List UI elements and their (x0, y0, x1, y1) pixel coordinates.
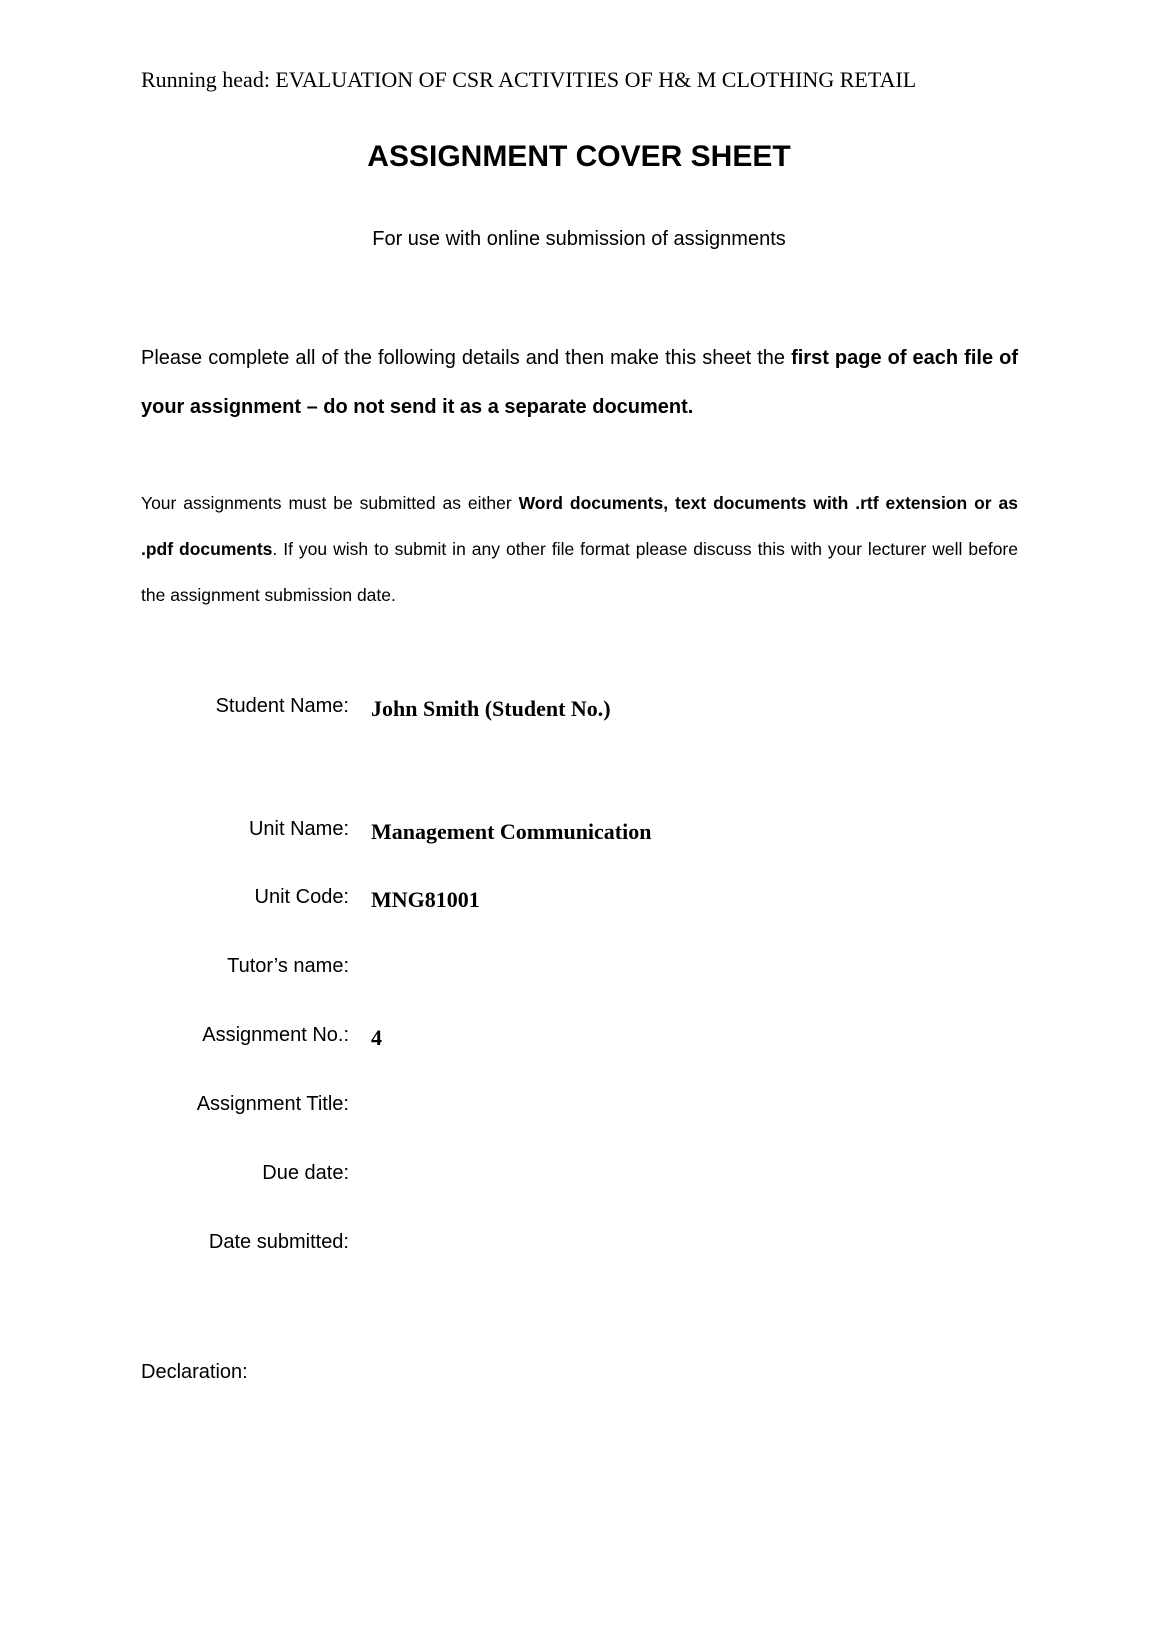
field-label: Tutor’s name: (227, 955, 349, 978)
field-label: Unit Name: (249, 818, 349, 841)
instruction-paragraph-2: Your assignments must be submitted as ei… (141, 480, 1018, 618)
field-value: MNG81001 (371, 887, 480, 913)
field-unit-code: Unit Code: MNG81001 (141, 886, 1041, 916)
field-student-name: Student Name: John Smith (Student No.) (141, 695, 1041, 725)
field-assignment-title: Assignment Title: (141, 1093, 1041, 1123)
field-value: Management Communication (371, 819, 651, 845)
field-label: Assignment Title: (197, 1093, 349, 1116)
field-label: Due date: (262, 1162, 349, 1185)
instruction-paragraph-1: Please complete all of the following det… (141, 334, 1018, 432)
field-label: Assignment No.: (202, 1024, 349, 1047)
format-text-end: . If you wish to submit in any other fil… (141, 539, 1018, 605)
field-value: 4 (371, 1025, 382, 1051)
field-assignment-no: Assignment No.: 4 (141, 1024, 1041, 1054)
field-due-date: Due date: (141, 1162, 1041, 1192)
field-label: Student Name: (216, 695, 349, 718)
field-label: Unit Code: (255, 886, 350, 909)
field-unit-name: Unit Name: Management Communication (141, 818, 1041, 848)
field-tutor-name: Tutor’s name: (141, 955, 1041, 985)
declaration-label: Declaration: (141, 1361, 248, 1384)
field-label: Date submitted: (209, 1231, 349, 1254)
page-subtitle: For use with online submission of assign… (0, 228, 1158, 251)
format-text-start: Your assignments must be submitted as ei… (141, 493, 519, 513)
document-page: Running head: EVALUATION OF CSR ACTIVITI… (0, 0, 1158, 1638)
field-value: John Smith (Student No.) (371, 696, 611, 722)
instruction-text: Please complete all of the following det… (141, 347, 791, 369)
page-title: ASSIGNMENT COVER SHEET (0, 140, 1158, 174)
field-date-submitted: Date submitted: (141, 1231, 1041, 1261)
running-head: Running head: EVALUATION OF CSR ACTIVITI… (141, 67, 916, 93)
